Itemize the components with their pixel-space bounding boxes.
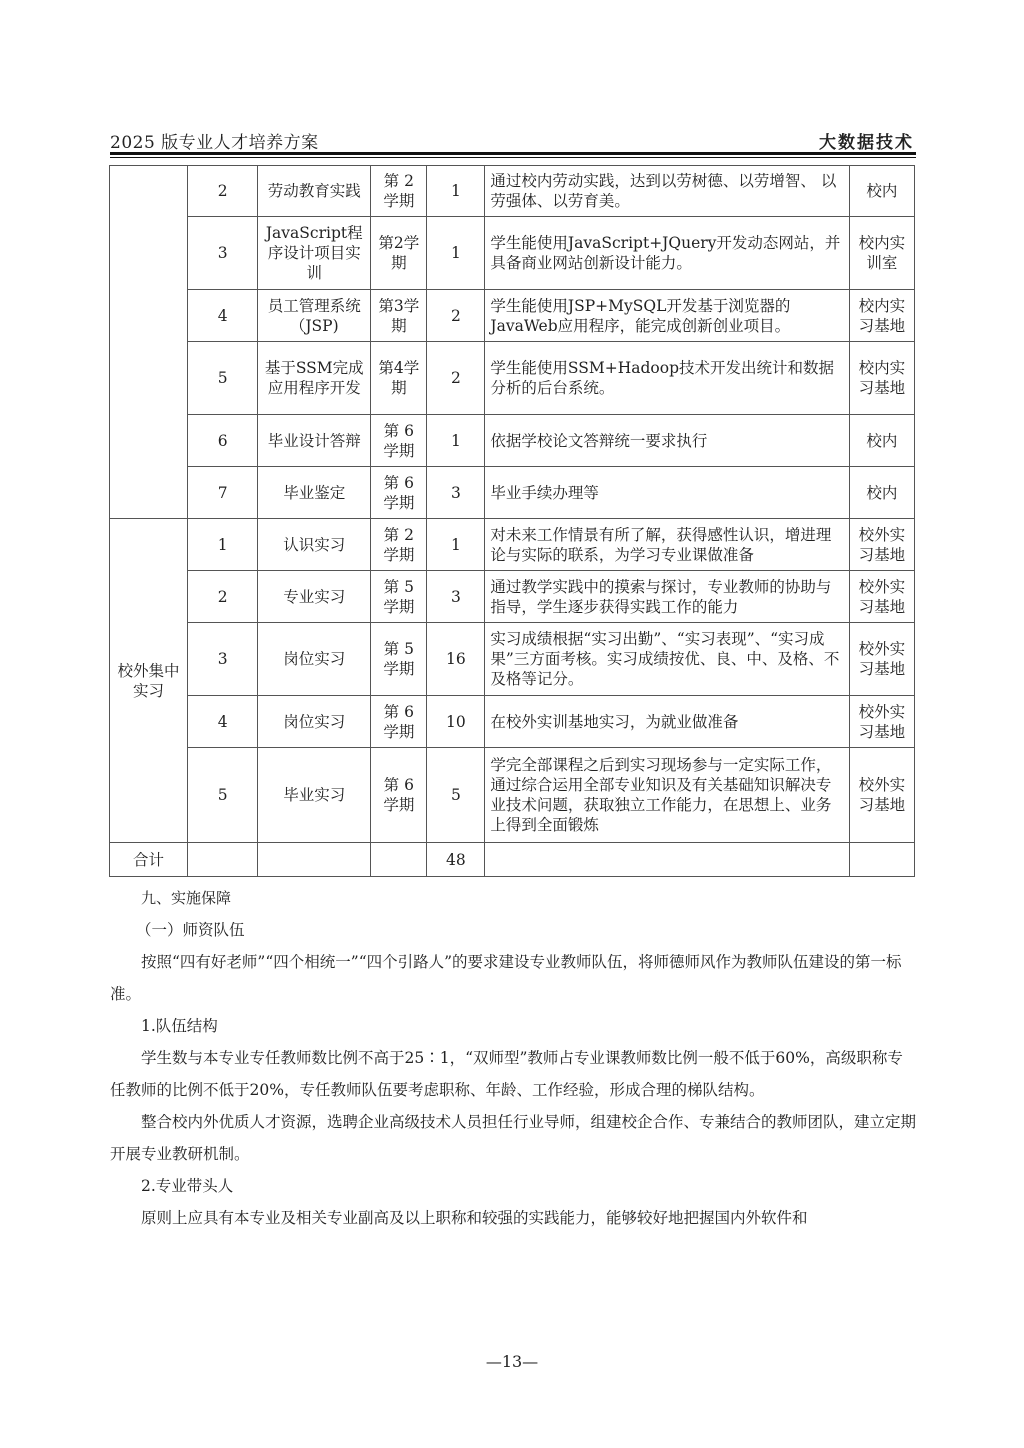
row-number: 1 — [188, 519, 258, 571]
row-number: 4 — [188, 290, 258, 342]
header-rule-thin — [110, 157, 916, 158]
location: 校内实习基地 — [849, 290, 914, 342]
location: 校外实习基地 — [849, 519, 914, 571]
category-cell — [110, 166, 188, 519]
location: 校外实习基地 — [849, 696, 914, 748]
table-row: 2 专业实习 第 5 学期 3 通过教学实践中的摸索与探讨，专业教师的协助与指导… — [110, 571, 915, 623]
practice-schedule-table: 2 劳动教育实践 第 2 学期 1 通过校内劳动实践，达到以劳树德、以劳增智、 … — [109, 165, 915, 877]
term: 第3学期 — [371, 290, 427, 342]
weeks: 1 — [427, 217, 485, 290]
paragraph: 学生数与本专业专任教师数比例不高于25∶1，“双师型”教师占专业课教师数比例一般… — [110, 1042, 916, 1106]
row-number: 3 — [188, 217, 258, 290]
course-name: 专业实习 — [258, 571, 371, 623]
description: 依据学校论文答辩统一要求执行 — [485, 415, 849, 467]
header-rule-thick — [110, 152, 916, 155]
location: 校内 — [849, 166, 914, 217]
description: 学完全部课程之后到实习现场参与一定实际工作，通过综合运用全部专业知识及有关基础知… — [485, 748, 849, 843]
row-number: 5 — [188, 342, 258, 415]
row-number: 2 — [188, 571, 258, 623]
term: 第2学期 — [371, 217, 427, 290]
weeks: 3 — [427, 467, 485, 519]
weeks: 1 — [427, 415, 485, 467]
description: 对未来工作情景有所了解，获得感性认识，增进理论与实际的联系，为学习专业课做准备 — [485, 519, 849, 571]
term: 第 6 学期 — [371, 696, 427, 748]
course-name: 基于SSM完成应用程序开发 — [258, 342, 371, 415]
table-row: 4 岗位实习 第 6 学期 10 在校外实训基地实习，为就业做准备 校外实习基地 — [110, 696, 915, 748]
description: 通过校内劳动实践，达到以劳树德、以劳增智、 以劳强体、以劳育美。 — [485, 166, 849, 217]
table-row: 5 基于SSM完成应用程序开发 第4学期 2 学生能使用SSM+Hadoop技术… — [110, 342, 915, 415]
weeks: 2 — [427, 290, 485, 342]
location: 校外实习基地 — [849, 623, 914, 696]
body-text: 九、实施保障 （一）师资队伍 按照“四有好老师”“四个相统一”“四个引路人”的要… — [110, 882, 916, 1234]
weeks: 16 — [427, 623, 485, 696]
description: 在校外实训基地实习，为就业做准备 — [485, 696, 849, 748]
major-name: 大数据技术 — [819, 128, 914, 153]
section-heading: 九、实施保障 — [110, 882, 916, 914]
table-row: 6 毕业设计答辩 第 6 学期 1 依据学校论文答辩统一要求执行 校内 — [110, 415, 915, 467]
table-row: 2 劳动教育实践 第 2 学期 1 通过校内劳动实践，达到以劳树德、以劳增智、 … — [110, 166, 915, 217]
paragraph: 整合校内外优质人才资源，选聘企业高级技术人员担任行业导师，组建校企合作、专兼结合… — [110, 1106, 916, 1170]
empty-cell — [188, 843, 258, 877]
empty-cell — [371, 843, 427, 877]
weeks: 1 — [427, 166, 485, 217]
table-row: 校外集中实习 1 认识实习 第 2 学期 1 对未来工作情景有所了解，获得感性认… — [110, 519, 915, 571]
location: 校外实习基地 — [849, 748, 914, 843]
weeks: 2 — [427, 342, 485, 415]
course-name: 认识实习 — [258, 519, 371, 571]
term: 第 5 学期 — [371, 623, 427, 696]
description: 学生能使用SSM+Hadoop技术开发出统计和数据分析的后台系统。 — [485, 342, 849, 415]
running-header: 2025 版专业人才培养方案 大数据技术 — [110, 128, 914, 152]
description: 学生能使用JSP+MySQL开发基于浏览器的JavaWeb应用程序，能完成创新创… — [485, 290, 849, 342]
page-number: —13— — [0, 1352, 1024, 1371]
location: 校内实训室 — [849, 217, 914, 290]
term: 第4学期 — [371, 342, 427, 415]
total-row: 合计 48 — [110, 843, 915, 877]
sub-heading: （一）师资队伍 — [110, 914, 916, 946]
location: 校内 — [849, 415, 914, 467]
weeks: 1 — [427, 519, 485, 571]
table-row: 3 JavaScript程序设计项目实训 第2学期 1 学生能使用JavaScr… — [110, 217, 915, 290]
row-number: 6 — [188, 415, 258, 467]
course-name: 毕业设计答辩 — [258, 415, 371, 467]
item-heading: 1.队伍结构 — [110, 1010, 916, 1042]
term: 第 2 学期 — [371, 519, 427, 571]
course-name: 毕业实习 — [258, 748, 371, 843]
document-title: 2025 版专业人才培养方案 — [110, 128, 319, 153]
term: 第 6 学期 — [371, 415, 427, 467]
term: 第 5 学期 — [371, 571, 427, 623]
course-name: JavaScript程序设计项目实训 — [258, 217, 371, 290]
location: 校内 — [849, 467, 914, 519]
category-cell: 校外集中实习 — [110, 519, 188, 843]
description: 学生能使用JavaScript+JQuery开发动态网站，并具备商业网站创新设计… — [485, 217, 849, 290]
empty-cell — [485, 843, 849, 877]
term: 第 2 学期 — [371, 166, 427, 217]
location: 校内实习基地 — [849, 342, 914, 415]
weeks: 3 — [427, 571, 485, 623]
course-name: 毕业鉴定 — [258, 467, 371, 519]
row-number: 5 — [188, 748, 258, 843]
description: 实习成绩根据“实习出勤”、“实习表现”、“实习成果”三方面考核。实习成绩按优、良… — [485, 623, 849, 696]
course-name: 员工管理系统（JSP) — [258, 290, 371, 342]
location: 校外实习基地 — [849, 571, 914, 623]
term: 第 6 学期 — [371, 467, 427, 519]
term: 第 6 学期 — [371, 748, 427, 843]
row-number: 7 — [188, 467, 258, 519]
empty-cell — [849, 843, 914, 877]
course-name: 岗位实习 — [258, 623, 371, 696]
weeks: 5 — [427, 748, 485, 843]
course-name: 劳动教育实践 — [258, 166, 371, 217]
weeks: 10 — [427, 696, 485, 748]
description: 毕业手续办理等 — [485, 467, 849, 519]
row-number: 4 — [188, 696, 258, 748]
course-name: 岗位实习 — [258, 696, 371, 748]
item-heading: 2.专业带头人 — [110, 1170, 916, 1202]
paragraph: 按照“四有好老师”“四个相统一”“四个引路人”的要求建设专业教师队伍，将师德师风… — [110, 946, 916, 1010]
total-weeks: 48 — [427, 843, 485, 877]
total-label: 合计 — [110, 843, 188, 877]
table-row: 7 毕业鉴定 第 6 学期 3 毕业手续办理等 校内 — [110, 467, 915, 519]
row-number: 3 — [188, 623, 258, 696]
description: 通过教学实践中的摸索与探讨，专业教师的协助与指导，学生逐步获得实践工作的能力 — [485, 571, 849, 623]
paragraph: 原则上应具有本专业及相关专业副高及以上职称和较强的实践能力，能够较好地把握国内外… — [110, 1202, 916, 1234]
table-row: 3 岗位实习 第 5 学期 16 实习成绩根据“实习出勤”、“实习表现”、“实习… — [110, 623, 915, 696]
row-number: 2 — [188, 166, 258, 217]
table-row: 4 员工管理系统（JSP) 第3学期 2 学生能使用JSP+MySQL开发基于浏… — [110, 290, 915, 342]
empty-cell — [258, 843, 371, 877]
table-row: 5 毕业实习 第 6 学期 5 学完全部课程之后到实习现场参与一定实际工作，通过… — [110, 748, 915, 843]
